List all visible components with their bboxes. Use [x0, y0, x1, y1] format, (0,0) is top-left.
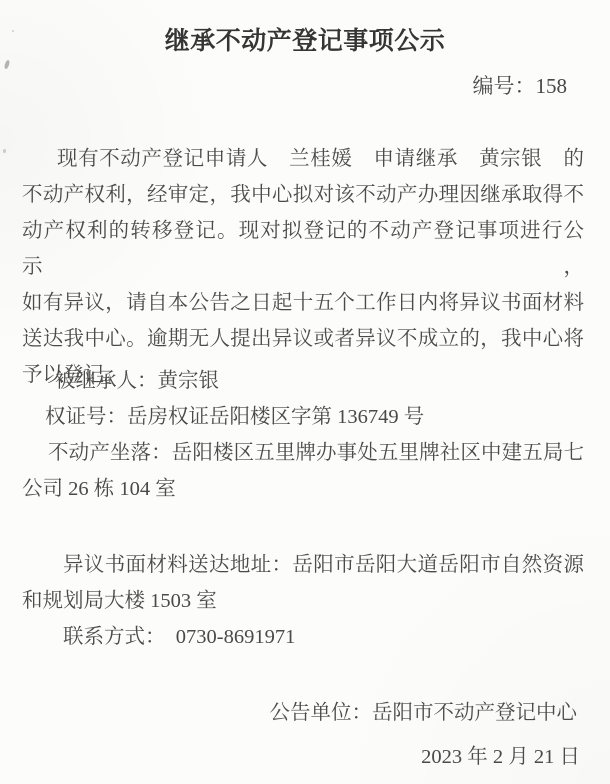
scan-artifact — [3, 149, 6, 153]
scan-artifact — [12, 30, 14, 32]
property-details: 被继承人：黄宗银 权证号：岳房权证岳阳楼区字第 136749 号 不动产坐落：岳… — [22, 363, 584, 507]
date-line: 2023 年 2 月 21 日 — [421, 744, 580, 770]
issuer-line: 公告单位：岳阳市不动产登记中心 — [270, 700, 578, 726]
paragraph-line: 不动产权利，经审定，我中心拟对该不动产办理因继承取得不 — [22, 177, 584, 213]
page-title: 继承不动产登记事项公示 — [0, 27, 610, 57]
paragraph-line: 动产权利的转移登记。现对拟登记的不动产登记事项进行公示， — [22, 213, 584, 285]
objection-contact-details: 异议书面材料送达地址：岳阳市岳阳大道岳阳市自然资源 和规划局大楼 1503 室 … — [22, 547, 584, 655]
document-number: 编号：158 — [473, 74, 568, 98]
paragraph-line: 如有异议，请自本公告之日起十五个工作日内将异议书面材料 — [22, 285, 584, 321]
notice-body-paragraph: 现有不动产登记申请人 兰桂媛 申请继承 黄宗银 的 不动产权利，经审定，我中心拟… — [22, 141, 584, 393]
property-location-line: 不动产坐落：岳阳楼区五里牌办事处五里牌社区中建五局七 — [22, 435, 584, 471]
objection-address-line: 和规划局大楼 1503 室 — [22, 583, 584, 619]
paragraph-line: 现有不动产登记申请人 兰桂媛 申请继承 黄宗银 的 — [22, 141, 584, 177]
scan-artifact — [4, 60, 11, 70]
paragraph-line: 送达我中心。逾期无人提出异议或者异议不成立的，我中心将 — [22, 321, 584, 357]
certificate-number-line: 权证号：岳房权证岳阳楼区字第 136749 号 — [22, 399, 584, 435]
objection-address-line: 异议书面材料送达地址：岳阳市岳阳大道岳阳市自然资源 — [22, 547, 584, 583]
notice-document: 继承不动产登记事项公示 编号：158 现有不动产登记申请人 兰桂媛 申请继承 黄… — [0, 0, 610, 784]
contact-line: 联系方式： 0730-8691971 — [22, 619, 584, 655]
property-location-line: 公司 26 栋 104 室 — [22, 471, 584, 507]
decedent-line: 被继承人：黄宗银 — [22, 363, 584, 399]
